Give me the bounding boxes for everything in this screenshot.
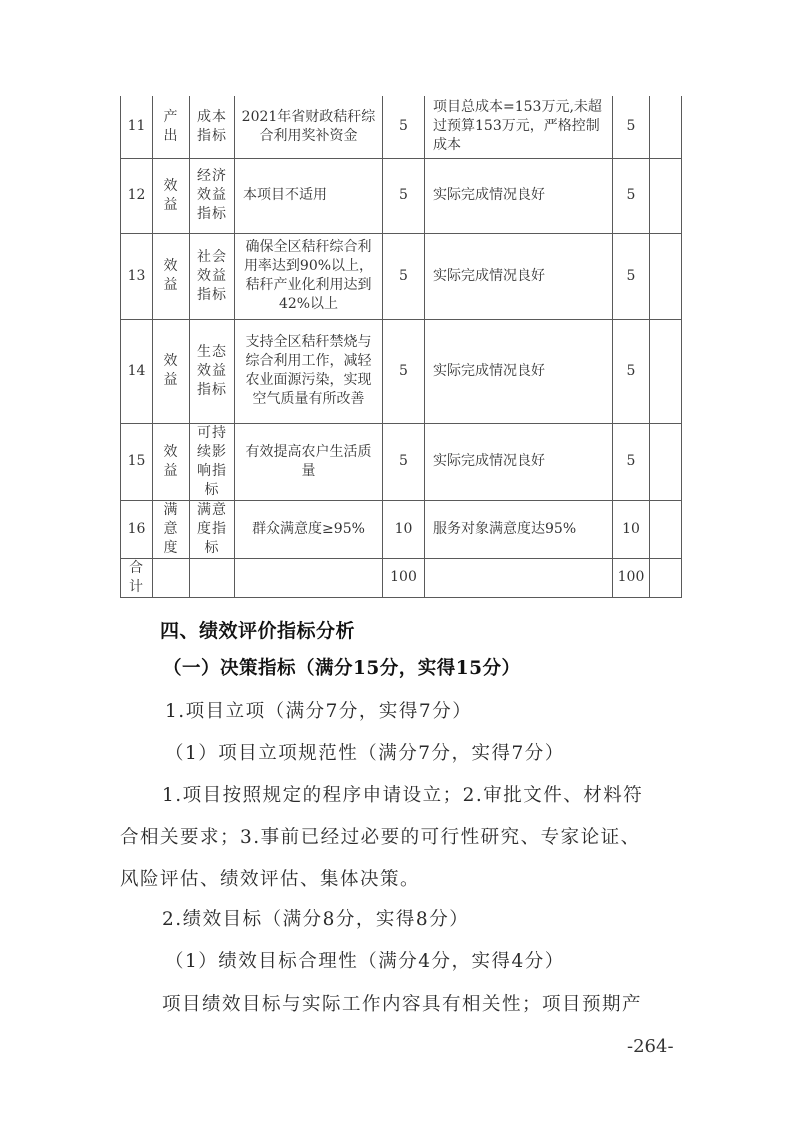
- note: [650, 423, 682, 500]
- indicator-content: 确保全区秸秆综合利用率达到90%以上，秸秆产业化利用达到42%以上: [235, 233, 383, 319]
- row-number: 12: [121, 158, 153, 233]
- primary-category: 效益: [153, 423, 190, 500]
- indicator-content: 本项目不适用: [235, 158, 383, 233]
- indicator-content: 2021年省财政秸秆综合利用奖补资金: [235, 96, 383, 158]
- empty-cell: [190, 558, 235, 597]
- table-row: 13 效益 社会效益指标 确保全区秸秆综合利用率达到90%以上，秸秆产业化利用达…: [121, 233, 682, 319]
- table-row: 11 产出 成本指标 2021年省财政秸秆综合利用奖补资金 5 项目总成本=15…: [121, 96, 682, 158]
- weight: 5: [383, 233, 425, 319]
- primary-category: 效益: [153, 319, 190, 423]
- secondary-category: 社会效益指标: [190, 233, 235, 319]
- score: 5: [613, 423, 650, 500]
- note: [650, 233, 682, 319]
- weight: 10: [383, 500, 425, 558]
- performance-indicator-table: 11 产出 成本指标 2021年省财政秸秆综合利用奖补资金 5 项目总成本=15…: [120, 96, 682, 598]
- secondary-category: 满意度指标: [190, 500, 235, 558]
- weight: 5: [383, 423, 425, 500]
- score: 5: [613, 233, 650, 319]
- empty-cell: [425, 558, 613, 597]
- score: 5: [613, 96, 650, 158]
- score: 5: [613, 319, 650, 423]
- primary-category: 满意度: [153, 500, 190, 558]
- secondary-category: 经济效益指标: [190, 158, 235, 233]
- sub-heading: （一）决策指标（满分15分，实得15分）: [163, 654, 521, 680]
- paragraph-line: 项目绩效目标与实际工作内容具有相关性；项目预期产: [162, 990, 642, 1016]
- note: [650, 319, 682, 423]
- empty-cell: [235, 558, 383, 597]
- row-number: 13: [121, 233, 153, 319]
- actual-result: 实际完成情况良好: [425, 423, 613, 500]
- section-heading: 四、绩效评价指标分析: [160, 616, 355, 643]
- paragraph-line: 1.项目按照规定的程序申请设立；2.审批文件、材料符: [162, 781, 643, 807]
- secondary-category: 成本指标: [190, 96, 235, 158]
- actual-result: 实际完成情况良好: [425, 233, 613, 319]
- page-number: -264-: [627, 1036, 674, 1057]
- empty-cell: [153, 558, 190, 597]
- score: 5: [613, 158, 650, 233]
- actual-result: 项目总成本=153万元,未超过预算153万元，严格控制成本: [425, 96, 613, 158]
- table-row: 15 效益 可持续影响指标 有效提高农户生活质量 5 实际完成情况良好 5: [121, 423, 682, 500]
- note: [650, 500, 682, 558]
- total-label: 合计: [121, 558, 153, 597]
- empty-cell: [650, 558, 682, 597]
- actual-result: 实际完成情况良好: [425, 319, 613, 423]
- item-heading: 1.项目立项（满分7分，实得7分）: [165, 697, 472, 723]
- row-number: 14: [121, 319, 153, 423]
- total-score: 100: [613, 558, 650, 597]
- primary-category: 产出: [153, 96, 190, 158]
- primary-category: 效益: [153, 233, 190, 319]
- subitem-heading: （1）项目立项规范性（满分7分，实得7分）: [165, 739, 565, 765]
- primary-category: 效益: [153, 158, 190, 233]
- table-row: 14 效益 生态效益指标 支持全区秸秆禁烧与综合利用工作，减轻农业面源污染，实现…: [121, 319, 682, 423]
- actual-result: 服务对象满意度达95%: [425, 500, 613, 558]
- table-row: 12 效益 经济效益指标 本项目不适用 5 实际完成情况良好 5: [121, 158, 682, 233]
- note: [650, 158, 682, 233]
- row-number: 11: [121, 96, 153, 158]
- score: 10: [613, 500, 650, 558]
- secondary-category: 生态效益指标: [190, 319, 235, 423]
- row-number: 15: [121, 423, 153, 500]
- subitem-heading: （1）绩效目标合理性（满分4分，实得4分）: [165, 947, 565, 973]
- table-row: 16 满意度 满意度指标 群众满意度≥95% 10 服务对象满意度达95% 10: [121, 500, 682, 558]
- total-weight: 100: [383, 558, 425, 597]
- indicator-content: 有效提高农户生活质量: [235, 423, 383, 500]
- note: [650, 96, 682, 158]
- secondary-category: 可持续影响指标: [190, 423, 235, 500]
- item-heading: 2.绩效目标（满分8分，实得8分）: [162, 905, 469, 931]
- indicator-content: 支持全区秸秆禁烧与综合利用工作，减轻农业面源污染，实现空气质量有所改善: [235, 319, 383, 423]
- paragraph-line: 风险评估、绩效评估、集体决策。: [120, 865, 420, 891]
- paragraph-line: 合相关要求；3.事前已经过必要的可行性研究、专家论证、: [120, 823, 641, 849]
- weight: 5: [383, 319, 425, 423]
- row-number: 16: [121, 500, 153, 558]
- table-total-row: 合计 100 100: [121, 558, 682, 597]
- indicator-content: 群众满意度≥95%: [235, 500, 383, 558]
- actual-result: 实际完成情况良好: [425, 158, 613, 233]
- weight: 5: [383, 96, 425, 158]
- weight: 5: [383, 158, 425, 233]
